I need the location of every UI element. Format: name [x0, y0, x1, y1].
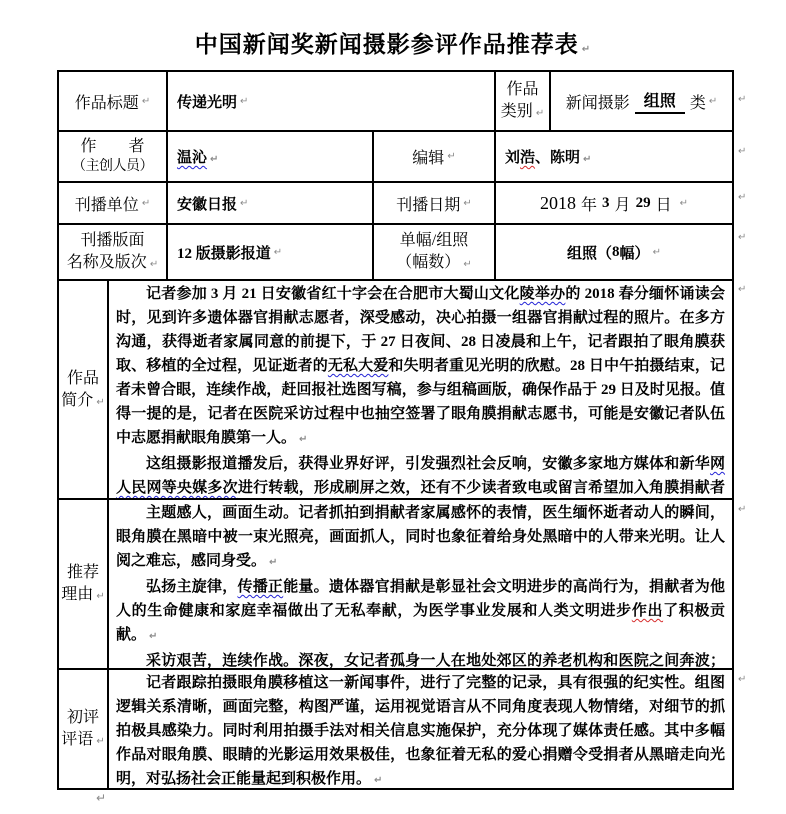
review-label-line2: 评语: [61, 731, 93, 748]
row-work-title: 作品标题↵ 传递光明↵ 作品 类别↵ 新闻摄影组照类↵: [59, 72, 732, 130]
paragraph: 记者跟踪拍摄眼角膜移植这一新闻事件，进行了完整的记录，具有很强的纪实性。组图逻辑…: [116, 671, 725, 788]
year-unit: 年: [581, 192, 597, 215]
row-intro: 作品 简介↵ 记者参加 3 月 21 日安徽省红十字会在合肥市大蜀山文化陵举办的…: [59, 279, 732, 498]
paragraph-mark: ↵: [582, 44, 591, 55]
work-title-value: 传递光明: [177, 91, 237, 112]
editor-value-cell: 刘浩、陈明↵: [494, 132, 732, 181]
paragraph: 主题感人，画面生动。记者抓拍到捐献者家属感怀的表情，医生缅怀逝者动人的瞬间，眼角…: [116, 501, 725, 575]
row-end-mark: ↵: [738, 232, 746, 243]
reason-label-line1: 推荐: [67, 562, 99, 584]
text-segment: 浩: [520, 150, 535, 166]
editor-value: 刘浩、陈明↵: [505, 146, 591, 167]
reason-label: 推荐 理由↵: [61, 562, 104, 605]
month-unit: 月: [615, 192, 631, 215]
row-end-mark: ↵: [738, 192, 746, 203]
page-info-label-line1: 刊播版面: [80, 230, 144, 252]
category-label: 作品 类别↵: [501, 79, 544, 122]
page-info-value-cell: 12 版摄影报道↵: [166, 225, 372, 279]
cell-end-mark: ↵: [447, 151, 455, 162]
format-label-line2-wrap: （幅数）↵: [396, 252, 471, 274]
reason-body-cell: 主题感人，画面生动。记者抓拍到捐献者家属感怀的表情，医生缅怀逝者动人的瞬间，眼角…: [107, 500, 732, 668]
review-label-cell: 初评 评语↵: [59, 670, 107, 788]
publisher-label: 刊播单位: [75, 192, 139, 215]
text-segment: 记者参加 3 月 21 日安徽省红十字会在合肥市大蜀山文化: [146, 286, 520, 302]
publish-date-label-cell: 刊播日期↵: [372, 183, 494, 223]
row-end-mark: ↵: [738, 284, 746, 295]
category-label-line2-wrap: 类别↵: [501, 101, 544, 123]
cell-end-mark: ↵: [240, 198, 248, 209]
paragraph: 采访艰苦，连续作战。深夜，女记者孤身一人在地处郊区的养老机构和医院之间奔波；为了…: [116, 649, 725, 668]
publish-date-label: 刊播日期: [396, 192, 460, 215]
author-value: 温沁↵: [177, 146, 218, 167]
paragraph: 记者参加 3 月 21 日安徽省红十字会在合肥市大蜀山文化陵举办的 2018 春…: [116, 282, 725, 452]
page-info-label-line2-wrap: 名称及版次↵: [67, 252, 158, 274]
page: 中国新闻奖新闻摄影参评作品推荐表↵ 作品标题↵ 传递光明↵ 作品 类别↵ 新闻摄…: [0, 0, 786, 814]
recommendation-table: 作品标题↵ 传递光明↵ 作品 类别↵ 新闻摄影组照类↵ 作 者 （主创人员）: [57, 70, 734, 790]
format-value-prefix: 组照（: [567, 242, 612, 263]
author-value-cell: 温沁↵: [166, 132, 372, 181]
format-value-count: 8: [612, 244, 620, 261]
review-label-line2-wrap: 评语↵: [61, 729, 104, 751]
paragraph-mark: ↵: [149, 631, 157, 642]
category-label-line2: 类别: [501, 103, 533, 120]
cell-end-mark: ↵: [463, 198, 471, 209]
paragraph: 这组摄影报道播发后，获得业界好评，引发强烈社会反响，安徽多家地方媒体和新华网人民…: [116, 452, 725, 498]
publish-month: 3: [602, 195, 610, 212]
text-segment: 刘: [505, 150, 520, 166]
text-segment: 主题感人，画面生动。记者抓拍到捐献者家属感怀的表情，医生缅怀逝者动人的瞬间，眼角…: [116, 505, 725, 569]
intro-label-line2-wrap: 简介↵: [61, 390, 104, 412]
paragraph: 弘扬主旋律，传播正能量。遗体器官捐献是彰显社会文明进步的高尚行为，捐献者为他人的…: [116, 575, 725, 649]
category-value-cell: 新闻摄影组照类↵: [549, 72, 732, 130]
paragraph-mark: ↵: [269, 557, 277, 568]
cell-end-mark: ↵: [96, 736, 104, 747]
page-info-label-line2: 名称及版次: [67, 254, 147, 271]
cell-end-mark: ↵: [709, 96, 717, 107]
row-review: 初评 评语↵ 记者跟踪拍摄眼角膜移植这一新闻事件，进行了完整的记录，具有很强的纪…: [59, 668, 732, 788]
author-label-line1: 作 者: [80, 136, 144, 158]
category-label-cell: 作品 类别↵: [494, 72, 549, 130]
doc-title: 中国新闻奖新闻摄影参评作品推荐表↵: [0, 26, 786, 59]
page-info-value: 12 版摄影报道: [177, 242, 271, 263]
row-page-info: 刊播版面 名称及版次↵ 12 版摄影报道↵ 单幅/组照 （幅数）↵ 组照（8 幅…: [59, 223, 732, 279]
cell-end-mark: ↵: [653, 247, 661, 258]
text-segment: 记者跟踪拍摄眼角膜移植这一新闻事件，进行了完整的记录，具有很强的纪实性。组图逻辑…: [116, 675, 725, 787]
format-value-cell: 组照（8 幅）↵: [494, 225, 732, 279]
paragraph-mark: ↵: [210, 154, 218, 165]
text-segment: 陵举办: [520, 286, 566, 302]
text-segment: 温沁: [177, 150, 207, 166]
text-segment: 、陈明: [535, 150, 580, 166]
category-label-line1: 作品: [506, 79, 538, 101]
cell-end-mark: ↵: [680, 198, 688, 209]
intro-label: 作品 简介↵: [61, 368, 104, 411]
reason-label-line2: 理由: [61, 586, 93, 603]
work-title-label-cell: 作品标题↵: [59, 72, 166, 130]
publish-date-value-cell: 2018年3月29日↵: [494, 183, 732, 223]
paragraph-mark: ↵: [96, 791, 106, 805]
format-label: 单幅/组照 （幅数）↵: [396, 230, 471, 273]
work-title-label: 作品标题: [75, 90, 139, 113]
author-label-cell: 作 者 （主创人员）: [59, 132, 166, 181]
review-label: 初评 评语↵: [61, 707, 104, 750]
review-label-line1: 初评: [67, 707, 99, 729]
review-body-cell: 记者跟踪拍摄眼角膜移植这一新闻事件，进行了完整的记录，具有很强的纪实性。组图逻辑…: [107, 670, 732, 788]
publish-day: 29: [636, 195, 651, 212]
doc-title-text: 中国新闻奖新闻摄影参评作品推荐表: [195, 32, 579, 57]
cell-end-mark: ↵: [142, 96, 150, 107]
publisher-label-cell: 刊播单位↵: [59, 183, 166, 223]
text-segment: 采访艰苦，连续作战。深夜，女记者孤身一人在地处郊区的养老机构和医院之间奔波；为了…: [116, 653, 725, 668]
cell-end-mark: ↵: [274, 247, 282, 258]
text-segment: 这组摄影报道播发后，获得业界好评，引发强烈社会反响，安徽多家地方媒体和新华: [146, 456, 710, 472]
row-author: 作 者 （主创人员） 温沁↵ 编辑↵ 刘浩、陈明↵: [59, 130, 732, 181]
row-end-mark: ↵: [738, 94, 746, 105]
intro-body-cell: 记者参加 3 月 21 日安徽省红十字会在合肥市大蜀山文化陵举办的 2018 春…: [107, 281, 732, 498]
publisher-value-cell: 安徽日报↵: [166, 183, 372, 223]
category-suffix: 类: [690, 90, 706, 113]
category-prefix: 新闻摄影: [566, 90, 630, 113]
intro-label-line2: 简介: [61, 392, 93, 409]
publisher-value: 安徽日报: [177, 193, 237, 214]
cell-end-mark: ↵: [96, 591, 104, 602]
row-end-mark: ↵: [738, 674, 746, 685]
reason-label-line2-wrap: 理由↵: [61, 584, 104, 606]
cell-end-mark: ↵: [536, 108, 544, 119]
text-segment: 弘扬主旋律，: [146, 579, 237, 595]
cell-end-mark: ↵: [142, 198, 150, 209]
cell-end-mark: ↵: [150, 259, 158, 270]
day-unit: 日: [656, 192, 672, 215]
intro-label-cell: 作品 简介↵: [59, 281, 107, 498]
format-value-suffix: 幅）: [620, 242, 650, 263]
page-info-label: 刊播版面 名称及版次↵: [67, 230, 158, 273]
cell-end-mark: ↵: [96, 397, 104, 408]
format-label-line2: （幅数）: [396, 254, 460, 271]
row-reason: 推荐 理由↵ 主题感人，画面生动。记者抓拍到捐献者家属感怀的表情，医生缅怀逝者动…: [59, 498, 732, 668]
row-publisher: 刊播单位↵ 安徽日报↵ 刊播日期↵ 2018年3月29日↵: [59, 181, 732, 223]
row-end-mark: ↵: [738, 504, 746, 515]
author-label: 作 者 （主创人员）: [72, 136, 153, 176]
format-label-cell: 单幅/组照 （幅数）↵: [372, 225, 494, 279]
page-info-label-cell: 刊播版面 名称及版次↵: [59, 225, 166, 279]
text-segment: 传播正: [237, 579, 283, 595]
cell-end-mark: ↵: [240, 96, 248, 107]
paragraph-mark: ↵: [374, 775, 382, 786]
paragraph-mark: ↵: [299, 434, 307, 445]
text-segment: 无私大爱: [328, 358, 389, 374]
intro-label-line1: 作品: [67, 368, 99, 390]
editor-label-cell: 编辑↵: [372, 132, 494, 181]
category-value: 组照: [635, 88, 685, 114]
cell-end-mark: ↵: [463, 259, 471, 270]
author-label-line2: （主创人员）: [72, 158, 153, 177]
paragraph-mark: ↵: [583, 154, 591, 165]
publish-year: 2018: [540, 193, 576, 214]
format-label-line1: 单幅/组照: [400, 230, 468, 252]
text-segment: 作出: [632, 603, 663, 619]
editor-label: 编辑: [412, 145, 444, 168]
reason-label-cell: 推荐 理由↵: [59, 500, 107, 668]
work-title-value-cell: 传递光明↵: [166, 72, 494, 130]
row-end-mark: ↵: [738, 146, 746, 157]
